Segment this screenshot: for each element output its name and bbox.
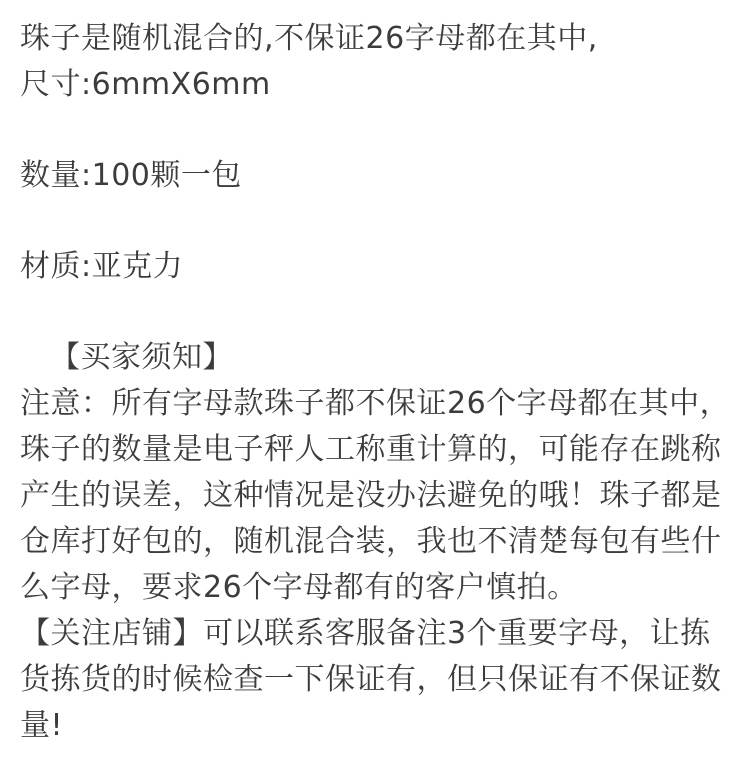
buyer-notice-heading: 【买家须知】 [20,335,730,381]
text-line: 货拣货的时候检查一下保证有，但只保证有不保证数 [20,657,730,703]
text-line: 仓库打好包的，随机混合装，我也不清楚每包有些什 [20,519,730,565]
text-line: 材质:亚克力 [20,244,730,290]
product-description: 珠子是随机混合的,不保证26字母都在其中, 尺寸:6mmX6mm 数量:100颗… [0,0,750,749]
text-line: 量! [20,703,730,749]
text-line: 珠子是随机混合的,不保证26字母都在其中, [20,16,730,62]
text-line: 尺寸:6mmX6mm [20,62,730,108]
text-line: 么字母，要求26个字母都有的客户慎拍。 [20,565,730,611]
paragraph-quantity: 数量:100颗一包 [20,153,730,199]
paragraph-buyer-notice: 【买家须知】 注意：所有字母款珠子都不保证26个字母都在其中， 珠子的数量是电子… [20,335,730,749]
text-line: 数量:100颗一包 [20,153,730,199]
text-line: 产生的误差，这种情况是没办法避免的哦！珠子都是 [20,473,730,519]
text-line: 珠子的数量是电子秤人工称重计算的，可能存在跳称 [20,427,730,473]
text-line: 注意：所有字母款珠子都不保证26个字母都在其中， [20,381,730,427]
text-line: 【关注店铺】可以联系客服备注3个重要字母，让拣 [20,611,730,657]
paragraph-material: 材质:亚克力 [20,244,730,290]
paragraph-spec-intro: 珠子是随机混合的,不保证26字母都在其中, 尺寸:6mmX6mm [20,16,730,108]
